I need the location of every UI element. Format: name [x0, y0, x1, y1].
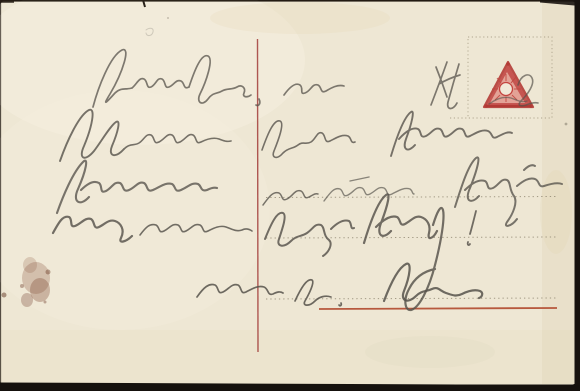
texture-blotch [210, 2, 390, 34]
paper-speck [565, 123, 568, 126]
stain-blob [21, 293, 33, 307]
postcard-photo [0, 0, 580, 391]
address-red-line [319, 308, 557, 309]
stain-blob [23, 257, 37, 273]
stain-dot [46, 270, 51, 275]
paper-speck [167, 17, 169, 19]
stain-dot [44, 301, 47, 304]
stamp-center-circle [500, 83, 513, 96]
stain-dot [2, 293, 7, 298]
edge-top-left [0, 0, 14, 3]
stamp-corner-dot [506, 62, 510, 66]
stamp-corner-dot [529, 104, 533, 108]
stain-blob [30, 278, 50, 302]
edge-top [0, 0, 580, 2]
edge-right [575, 0, 580, 391]
edge-left [0, 0, 1, 391]
stamp-corner-dot [484, 104, 488, 108]
stain-dot [20, 284, 24, 288]
divider-line [258, 39, 259, 352]
texture-blotch [365, 336, 495, 368]
